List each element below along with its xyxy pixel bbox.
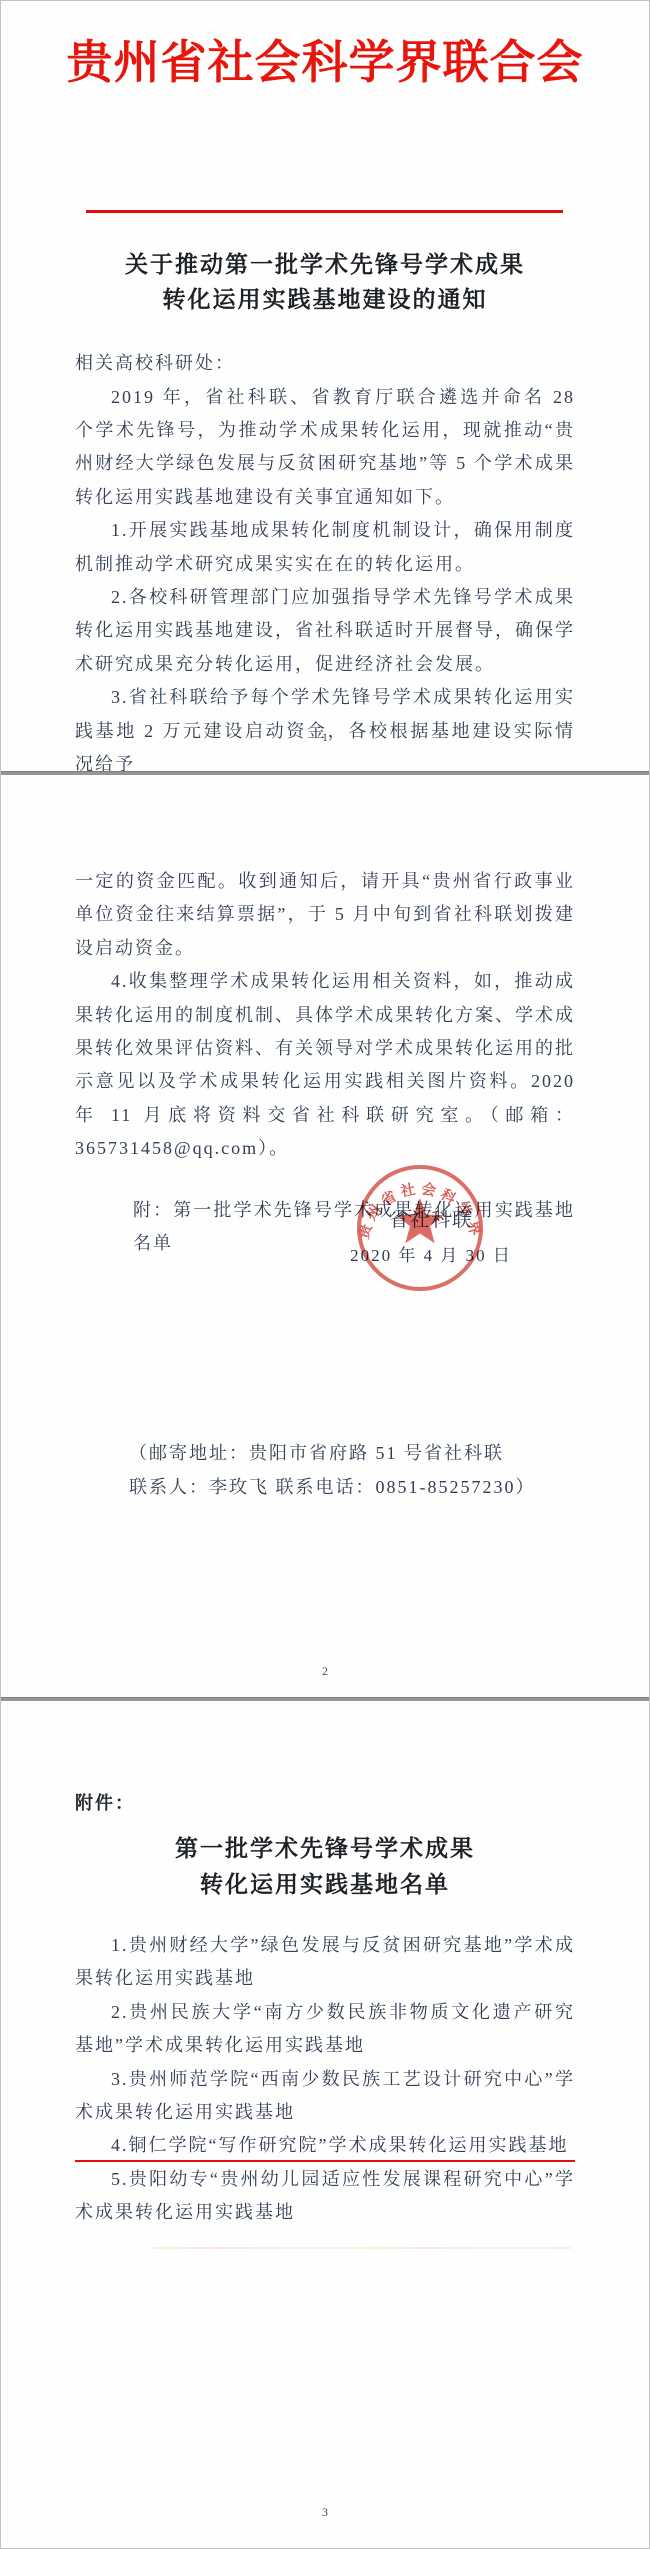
page-2: 一定的资金匹配。收到通知后，请开具“贵州省行政事业单位资金往来结算票据”，于 5…	[1, 775, 649, 1697]
page-number: 1	[1, 730, 649, 745]
paragraph-item-4: 4.收集整理学术成果转化运用相关资料，如，推动成果转化运用的制度机制、具体学术成…	[75, 965, 575, 1165]
scan-artifact-line	[151, 2247, 571, 2249]
seal-star-icon	[396, 1198, 444, 1243]
paragraph-item-3: 3.省社科联给予每个学术先锋号学术成果转化运用实践基地 2 万元建设启动资金，各…	[75, 681, 575, 771]
contact-person: 联系人：李玫飞 联系电话：0851-85257230）	[129, 1470, 575, 1504]
appendix-title-line1: 第一批学术先锋号学术成果	[175, 1836, 475, 1861]
notice-body-continued: 一定的资金匹配。收到通知后，请开具“贵州省行政事业单位资金往来结算票据”，于 5…	[75, 865, 575, 1260]
paragraph-item-3-continued: 一定的资金匹配。收到通知后，请开具“贵州省行政事业单位资金往来结算票据”，于 5…	[75, 865, 575, 965]
contact-address: （邮寄地址：贵阳市省府路 51 号省社科联	[129, 1436, 575, 1470]
list-item-5: 5.贵阳幼专“贵州幼儿园适应性发展课程研究中心”学术成果转化运用实践基地	[75, 2163, 575, 2230]
paragraph-intro: 2019 年，省社科联、省教育厅联合遴选并命名 28 个学术先锋号，为推动学术成…	[75, 381, 575, 515]
letterhead-title: 贵州省社会科学界联合会	[1, 1, 649, 90]
attachment-label: 附件：	[75, 1701, 575, 1815]
paragraph-item-2: 2.各校科研管理部门应加强指导学术先锋号学术成果转化运用实践基地建设，省社科联适…	[75, 581, 575, 681]
appendix-title-line2: 转化运用实践基地名单	[200, 1872, 450, 1897]
page-number: 2	[1, 1664, 649, 1679]
official-seal-icon: 贵州省社会科学界联合会	[353, 1161, 487, 1295]
notice-title: 关于推动第一批学术先锋号学术成果 转化运用实践基地建设的通知	[75, 247, 575, 317]
list-item-4-highlighted: 4.铜仁学院“写作研究院”学术成果转化运用实践基地	[75, 2129, 575, 2162]
contact-info: （邮寄地址：贵阳市省府路 51 号省社科联 联系人：李玫飞 联系电话：0851-…	[75, 1436, 575, 1504]
page-3: 附件： 第一批学术先锋号学术成果 转化运用实践基地名单 1.贵州财经大学”绿色发…	[1, 1701, 649, 2549]
appendix-title: 第一批学术先锋号学术成果 转化运用实践基地名单	[75, 1831, 575, 1903]
base-list: 1.贵州财经大学”绿色发展与反贫困研究基地”学术成果转化运用实践基地 2.贵州民…	[75, 1929, 575, 2230]
scanned-document: 贵州省社会科学界联合会 关于推动第一批学术先锋号学术成果 转化运用实践基地建设的…	[0, 0, 650, 2549]
salutation: 相关高校科研处：	[75, 347, 575, 380]
list-item-3: 3.贵州师范学院“西南少数民族工艺设计研究中心”学术成果转化运用实践基地	[75, 2063, 575, 2130]
list-item-2: 2.贵州民族大学“南方少数民族非物质文化遗产研究基地”学术成果转化运用实践基地	[75, 1996, 575, 2063]
page-number: 3	[1, 2505, 649, 2520]
notice-title-line2: 转化运用实践基地建设的通知	[163, 287, 488, 312]
letterhead-red-rule	[86, 210, 563, 213]
list-item-1: 1.贵州财经大学”绿色发展与反贫困研究基地”学术成果转化运用实践基地	[75, 1929, 575, 1996]
notice-body: 相关高校科研处： 2019 年，省社科联、省教育厅联合遴选并命名 28 个学术先…	[75, 347, 575, 771]
paragraph-item-1: 1.开展实践基地成果转化制度机制设计，确保用制度机制推动学术研究成果实实在在的转…	[75, 514, 575, 581]
notice-title-line1: 关于推动第一批学术先锋号学术成果	[125, 252, 525, 277]
page-1: 贵州省社会科学界联合会 关于推动第一批学术先锋号学术成果 转化运用实践基地建设的…	[1, 1, 649, 771]
